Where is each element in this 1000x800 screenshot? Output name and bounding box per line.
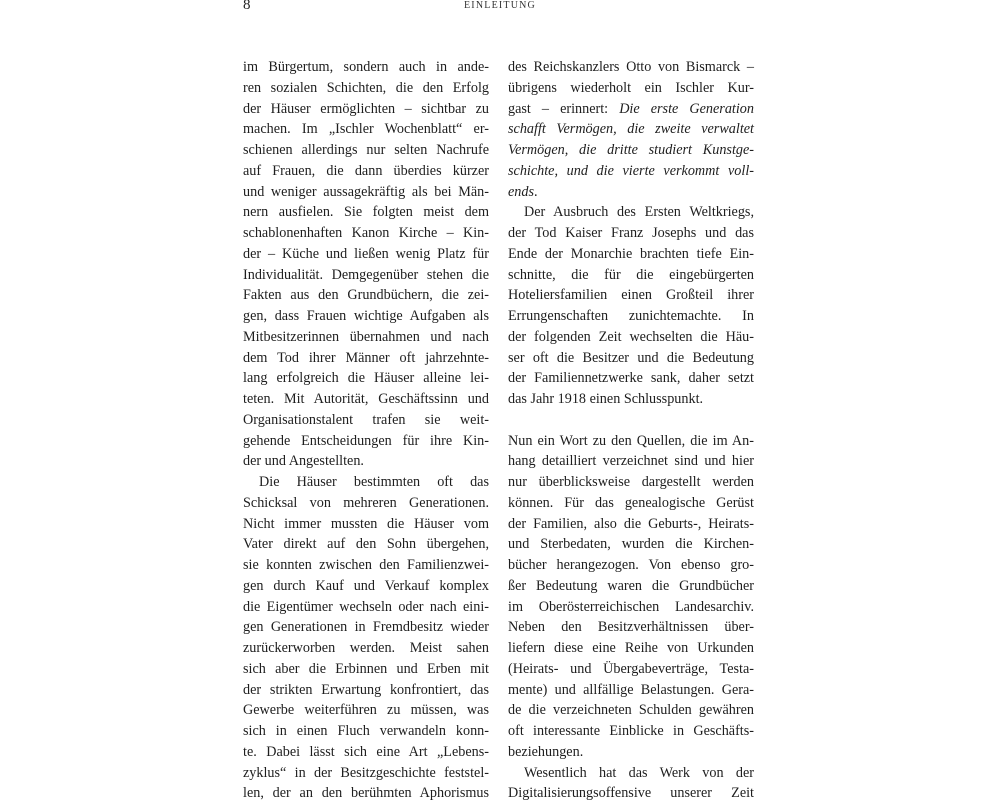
text-line: teten. Mit Autorität, Geschäftssinn und — [243, 389, 489, 410]
text-line: beziehungen. — [508, 742, 754, 763]
text-line: der Tod Kaiser Franz Josephs und das — [508, 223, 754, 244]
text-line: auf Frauen, die dann überdies kürzer — [243, 161, 489, 182]
aphorism-quote: Vermögen, die dritte studiert Kunstge- — [508, 142, 754, 158]
text-line: sich aber die Erbinnen und Erben mit — [243, 659, 489, 680]
text-line: der Familien, also die Geburts-, Heirats… — [508, 514, 754, 535]
text-line: schnitte, die für die eingebürgerten — [508, 265, 754, 286]
text-line: können. Für das genealogische Gerüst — [508, 493, 754, 514]
text-line: nern ausfielen. Sie folgten meist dem — [243, 202, 489, 223]
text-line: machen. Im „Ischler Wochenblatt“ er- — [243, 119, 489, 140]
aphorism-quote: Die erste Generation — [619, 101, 754, 117]
text-line: ren sozialen Schichten, die den Erfolg — [243, 78, 489, 99]
text-line: Vater direkt auf den Sohn übergehen, — [243, 534, 489, 555]
section-gap — [508, 410, 754, 431]
text-line: (Heirats- und Übergabeverträge, Testa- — [508, 659, 754, 680]
text-line: de die verzeichneten Schulden gewähren — [508, 700, 754, 721]
running-head: EINLEITUNG — [0, 0, 1000, 11]
text-line: Vermögen, die dritte studiert Kunstge- — [508, 140, 754, 161]
text-run: gast – erinnert: — [508, 101, 619, 117]
text-line: der und Angestellten. — [243, 451, 489, 472]
text-line: schafft Vermögen, die zweite verwaltet — [508, 119, 754, 140]
text-line: ser oft die Besitzer und die Bedeutung — [508, 348, 754, 369]
text-line: schablonenhaften Kanon Kirche – Kin- — [243, 223, 489, 244]
text-line: Nun ein Wort zu den Quellen, die im An- — [508, 431, 754, 452]
aphorism-quote: ends — [508, 184, 534, 200]
text-line: gast – erinnert: Die erste Generation — [508, 99, 754, 120]
aphorism-quote: schichte, und die vierte verkommt voll- — [508, 163, 754, 179]
paragraph-start-line: Wesentlich hat das Werk von der — [508, 763, 754, 784]
text-line: sie konnten zwischen den Familienzwei- — [243, 555, 489, 576]
text-line: hang detailliert verzeichnet sind und hi… — [508, 451, 754, 472]
text-line: der – Küche und ließen wenig Platz für — [243, 244, 489, 265]
text-line: zurückerworben werden. Meist sahen — [243, 638, 489, 659]
text-line: übrigens wiederholt ein Ischler Kur- — [508, 78, 754, 99]
text-line: mente) und allfällige Belastungen. Gera- — [508, 680, 754, 701]
text-line: bücher herangezogen. Von ebenso gro- — [508, 555, 754, 576]
text-line: nur überblicksweise dargestellt werden — [508, 472, 754, 493]
text-line: das Jahr 1918 einen Schlusspunkt. — [508, 389, 754, 410]
paragraph-start-line: Die Häuser bestimmten oft das — [243, 472, 489, 493]
text-line: schichte, und die vierte verkommt voll- — [508, 161, 754, 182]
text-line: lang erfolgreich die Häuser alleine lei- — [243, 368, 489, 389]
text-line: und Sterbedaten, wurden die Kirchen- — [508, 534, 754, 555]
text-line: Mitbesitzerinnen übernahmen und nach — [243, 327, 489, 348]
text-line: gen durch Kauf und Verkauf komplex — [243, 576, 489, 597]
text-run: . — [534, 184, 538, 200]
right-column: des Reichskanzlers Otto von Bismarck – ü… — [508, 57, 754, 800]
aphorism-quote: schafft Vermögen, die zweite verwaltet — [508, 121, 754, 137]
text-line: liefern diese eine Reihe von Urkunden — [508, 638, 754, 659]
text-line: gen, dass Frauen wichtige Aufgaben als — [243, 306, 489, 327]
text-line: te. Dabei lässt sich eine Art „Lebens- — [243, 742, 489, 763]
text-line: schienen allerdings nur selten Nachrufe — [243, 140, 489, 161]
text-line: ends. — [508, 182, 754, 203]
text-line: im Bürgertum, sondern auch in ande- — [243, 57, 489, 78]
text-line: der folgenden Zeit wechselten die Häu- — [508, 327, 754, 348]
text-line: Gewerbe weiterführen zu müssen, was — [243, 700, 489, 721]
text-line: gehende Entscheidungen für ihre Kin- — [243, 431, 489, 452]
text-line: Schicksal von mehreren Generationen. — [243, 493, 489, 514]
text-line: zyklus“ in der Besitzgeschichte feststel… — [243, 763, 489, 784]
text-line: der strikten Erwartung konfrontiert, das — [243, 680, 489, 701]
text-line: Digitalisierungsoffensive unserer Zeit — [508, 783, 754, 800]
left-column: im Bürgertum, sondern auch in ande- ren … — [243, 57, 489, 800]
text-line: Neben den Besitzverhältnissen über- — [508, 617, 754, 638]
text-line: Hoteliersfamilien einen Großteil ihrer — [508, 285, 754, 306]
text-line: der Häuser ermöglichten – sichtbar zu — [243, 99, 489, 120]
paragraph-start-line: Der Ausbruch des Ersten Weltkriegs, — [508, 202, 754, 223]
text-line: der Familiennetzwerke sank, daher setzt — [508, 368, 754, 389]
text-line: Individualität. Demgegenüber stehen die — [243, 265, 489, 286]
text-line: len, der an den berühmten Aphorismus — [243, 783, 489, 800]
text-line: sich in einen Fluch verwandeln konn- — [243, 721, 489, 742]
text-line: im Oberösterreichischen Landesarchiv. — [508, 597, 754, 618]
text-line: Organisationstalent trafen sie weit- — [243, 410, 489, 431]
text-line: dem Tod ihrer Männer oft jahrzehnte- — [243, 348, 489, 369]
text-line: gen Generationen in Fremdbesitz wieder — [243, 617, 489, 638]
text-line: die Eigentümer wechseln oder nach eini- — [243, 597, 489, 618]
text-line: Nicht immer mussten die Häuser vom — [243, 514, 489, 535]
text-line: Errungenschaften zunichtemachte. In — [508, 306, 754, 327]
text-line: Ende der Monarchie brachten tiefe Ein- — [508, 244, 754, 265]
text-line: Fakten aus den Grundbüchern, die zei- — [243, 285, 489, 306]
text-line: des Reichskanzlers Otto von Bismarck – — [508, 57, 754, 78]
text-line: ßer Bedeutung waren die Grundbücher — [508, 576, 754, 597]
text-line: oft interessante Einblicke in Geschäfts- — [508, 721, 754, 742]
text-line: und weniger aussagekräftig als bei Män- — [243, 182, 489, 203]
